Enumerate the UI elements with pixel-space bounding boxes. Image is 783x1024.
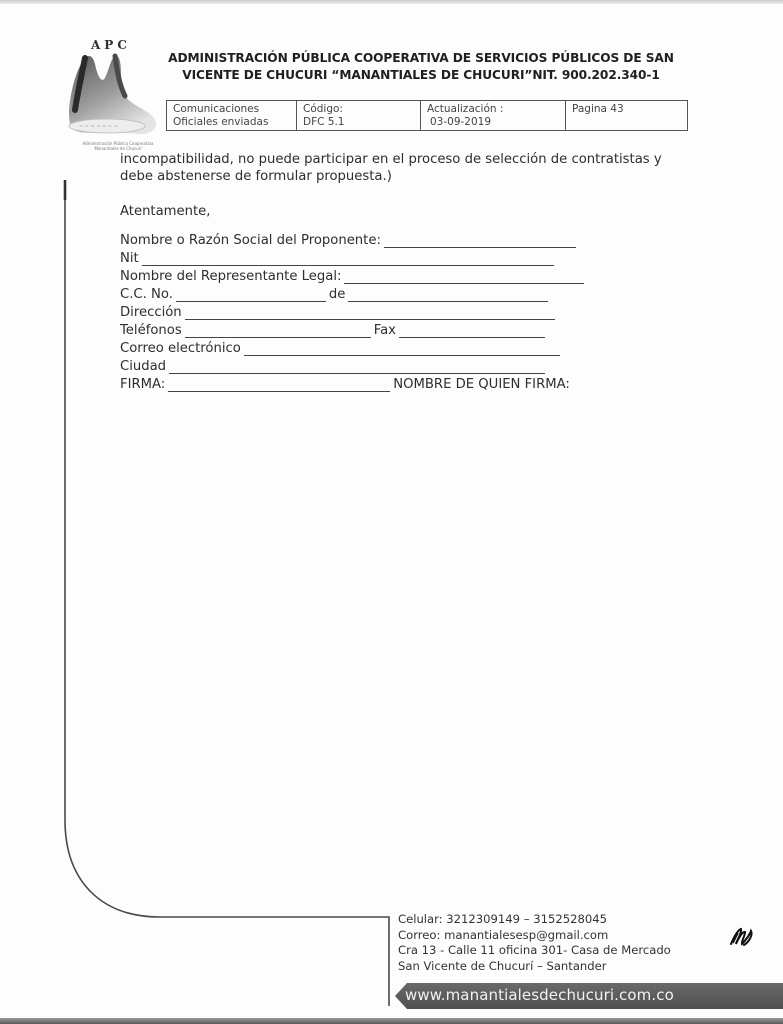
email-row: Correo electrónico: [120, 341, 563, 357]
scan-edge-bottom: [0, 1018, 783, 1024]
city-row: Ciudad: [120, 359, 548, 375]
signature-row: FIRMA: NOMBRE DE QUIEN FIRMA:: [120, 377, 570, 393]
phones-row: Teléfonos Fax: [120, 323, 548, 339]
phones-field[interactable]: [185, 325, 371, 338]
city-field[interactable]: [169, 361, 545, 374]
footer-city: San Vicente de Chucurí – Santander: [398, 959, 671, 975]
email-field[interactable]: [244, 343, 560, 356]
address-field[interactable]: [185, 307, 555, 320]
proponent-name-field[interactable]: [384, 235, 576, 248]
website-link[interactable]: www.manantialesdechucuri.com.co: [405, 986, 674, 1004]
cc-row: C.C. No. de: [120, 287, 551, 303]
legal-rep-row: Nombre del Representante Legal:: [120, 269, 587, 285]
legal-rep-field[interactable]: [344, 271, 584, 284]
website-banner: www.manantialesdechucuri.com.co: [395, 983, 783, 1009]
nit-field[interactable]: [142, 253, 554, 266]
fax-field[interactable]: [399, 325, 545, 338]
body-paragraph: incompatibilidad, no puede participar en…: [120, 151, 662, 185]
closing-salutation: Atentamente,: [120, 203, 210, 220]
cc-number-field[interactable]: [176, 289, 326, 302]
nit-row: Nit: [120, 251, 557, 267]
handwritten-initials-icon: [728, 925, 754, 947]
signature-field[interactable]: [168, 379, 390, 392]
footer-address: Cra 13 - Calle 11 oficina 301- Casa de M…: [398, 943, 671, 959]
footer-phone: Celular: 3212309149 – 3152528045: [398, 912, 671, 928]
address-row: Dirección: [120, 305, 558, 321]
footer-email: Correo: manantialesesp@gmail.com: [398, 928, 671, 944]
proponent-name-row: Nombre o Razón Social del Proponente:: [120, 233, 579, 249]
footer-contact-info: Celular: 3212309149 – 3152528045 Correo:…: [398, 912, 671, 974]
cc-issued-in-field[interactable]: [348, 289, 548, 302]
